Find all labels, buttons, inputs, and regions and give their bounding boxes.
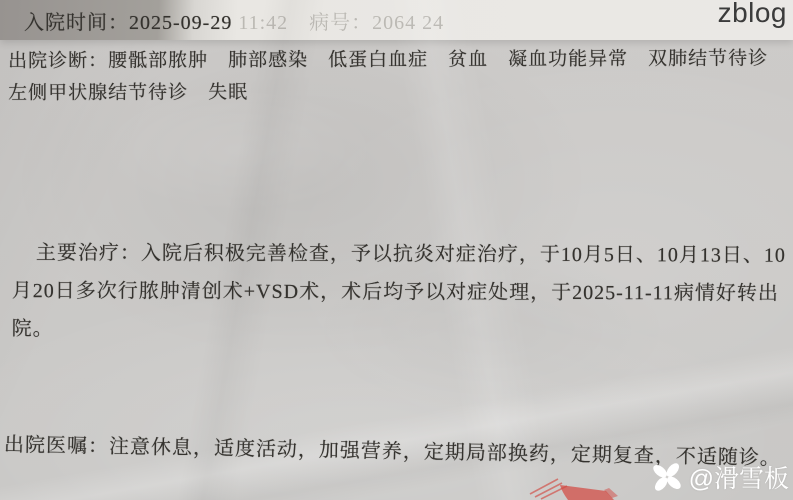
admission-time-line: 入院时间：2025-09-29 11:42 病号：2064 24 [24,6,444,35]
watermark-bottom: @滑雪板 [649,459,789,495]
watermark-zblog: zblog [718,0,787,29]
watermark-bottom-text: @滑雪板 [689,459,789,495]
clover-flower-icon [649,459,685,495]
main-treatment-label: 主要治疗： [36,242,141,264]
discharge-diagnosis-text: 腰骶部脓肿 肺部感染 低蛋白血症 贫血 凝血功能异常 双肺结节待诊 左侧甲状腺结… [8,48,788,104]
discharge-diagnosis: 出院诊断：腰骶部脓肿 肺部感染 低蛋白血症 贫血 凝血功能异常 双肺结节待诊 左… [8,43,790,110]
main-treatment: 主要治疗：入院后积极完善检查，予以抗炎对症治疗，于10月5日、10月13日、10… [12,234,788,351]
admission-time-label: 入院时间： [24,12,129,34]
admission-time-faded: 11:42 病号：2064 24 [238,12,444,34]
medical-document-photo: 入院时间：2025-09-29 11:42 病号：2064 24 出院诊断：腰骶… [0,0,793,500]
admission-time-value: 2025-09-29 [129,12,232,34]
discharge-instructions-label: 出院医嘱： [4,434,109,458]
red-stamp-partial [508,470,620,500]
discharge-diagnosis-label: 出院诊断： [8,51,108,72]
